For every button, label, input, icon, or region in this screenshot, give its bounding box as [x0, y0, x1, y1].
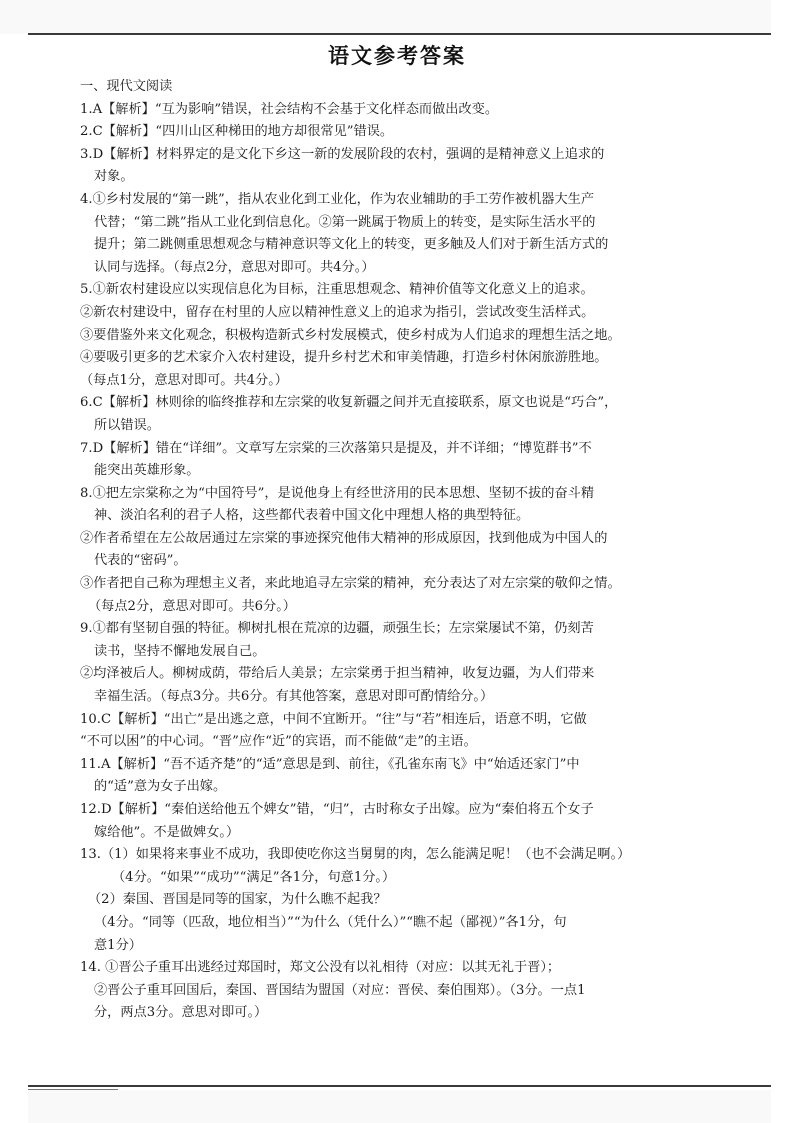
answer-line-q13d: （4分。“同等（匹敌，地位相当）”“为什么（凭什么）”“瞧不起（鄙视）”各1分，… — [80, 912, 730, 935]
answer-line-q9b: 读书，坚持不懈地发展自己。 — [80, 641, 730, 664]
answer-line-q7b: 能突出英雄形象。 — [80, 460, 730, 483]
answer-line-q10a: 10.C【解析】“出亡”是出逃之意，中间不宜断开。“往”与“若”相连后，语意不明… — [80, 709, 730, 732]
answer-lines: 1.A【解析】“互为影响”错误，社会结构不会基于文化样态而做出改变。2.C【解析… — [80, 99, 730, 1025]
answer-line-q5a: 5.①新农村建设应以实现信息化为目标，注重思想观念、精神价值等文化意义上的追求。 — [80, 279, 730, 302]
section-heading: 一、现代文阅读 — [80, 76, 730, 99]
answer-line-q11b: 的“适”意为女子出嫁。 — [80, 776, 730, 799]
answer-line-q8c: ②作者希望在左公故居通过左宗棠的事迹探究他伟大精神的形成原因，找到他成为中国人的 — [80, 528, 730, 551]
answer-line-q6b: 所以错误。 — [80, 415, 730, 438]
answer-line-q13c: （2）秦国、晋国是同等的国家，为什么瞧不起我？ — [80, 889, 730, 912]
answer-line-q12b: 嫁给他”。不是做婢女。） — [80, 822, 730, 845]
answer-line-q4c: 提升；第二跳侧重思想观念与精神意识等文化上的转变，更多触及人们对于新生活方式的 — [80, 234, 730, 257]
answer-line-q14c: 分，两点3分。意思对即可。） — [80, 1002, 730, 1025]
answer-line-q2: 2.C【解析】“四川山区种梯田的地方却很常见”错误。 — [80, 121, 730, 144]
bottom-rule-divider — [28, 1085, 771, 1087]
answer-line-q8b: 神、淡泊名利的君子人格，这些都代表着中国文化中理想人格的典型特征。 — [80, 505, 730, 528]
answer-line-q11a: 11.A【解析】“吾不适齐楚”的“适”意思是到、前往，《孔雀东南飞》中“始适还家… — [80, 754, 730, 777]
answer-line-q9a: 9.①都有坚韧自强的特征。柳树扎根在荒凉的边疆，顽强生长；左宗棠屡试不第，仍刻苦 — [80, 618, 730, 641]
answer-line-q8f: （每点2分，意思对即可。共6分。） — [80, 596, 730, 619]
answer-line-q1: 1.A【解析】“互为影响”错误，社会结构不会基于文化样态而做出改变。 — [80, 99, 730, 122]
answer-line-q3b: 对象。 — [80, 166, 730, 189]
answer-line-q13b: （4分。“如果”“成功”“满足”各1分，句意1分。） — [80, 867, 730, 890]
answer-line-q5d: ④要吸引更多的艺术家介入农村建设，提升乡村艺术和审美情趣，打造乡村休闲旅游胜地。 — [80, 347, 730, 370]
answer-line-q6a: 6.C【解析】林则徐的临终推荐和左宗棠的收复新疆之间并无直接联系，原文也说是“巧… — [80, 392, 730, 415]
answer-line-q5e: （每点1分，意思对即可。共4分。） — [80, 370, 730, 393]
answer-line-q14b: ②晋公子重耳回国后，秦国、晋国结为盟国（对应：晋侯、秦伯围郑）。（3分。一点1 — [80, 980, 730, 1003]
answer-line-q4a: 4.①乡村发展的“第一跳”，指从农业化到工业化，作为农业辅助的手工劳作被机器大生… — [80, 189, 730, 212]
top-rule-divider — [28, 33, 771, 35]
answer-line-q13a: 13.（1）如果将来事业不成功，我即使吃你这当舅舅的肉，怎么能满足呢！（也不会满… — [80, 844, 730, 867]
answer-key-body: 一、现代文阅读 1.A【解析】“互为影响”错误，社会结构不会基于文化样态而做出改… — [80, 76, 730, 1025]
page-top-margin — [0, 0, 771, 34]
answer-line-q7a: 7.D【解析】错在“详细”。文章写左宗棠的三次落第只是提及，并不详细；“博览群书… — [80, 438, 730, 461]
answer-line-q8d: 代表的“密码”。 — [80, 550, 730, 573]
answer-line-q12a: 12.D【解析】“秦伯送给他五个婢女”错，“归”，古时称女子出嫁。应为“秦伯将五… — [80, 799, 730, 822]
page-bottom-margin — [28, 1090, 771, 1123]
answer-line-q8a: 8.①把左宗棠称之为“中国符号”，是说他身上有经世济用的民本思想、坚韧不拔的奋斗… — [80, 483, 730, 506]
answer-line-q13e: 意1分） — [80, 935, 730, 958]
answer-line-q4b: 代替；“第二跳”指从工业化到信息化。②第一跳属于物质上的转变，是实际生活水平的 — [80, 212, 730, 235]
answer-line-q10b: “不可以困”的中心词。“晋”应作“近”的宾语，而不能做“走”的主语。 — [80, 731, 730, 754]
page-title: 语文参考答案 — [0, 40, 794, 70]
answer-line-q4d: 认同与选择。（每点2分，意思对即可。共4分。） — [80, 257, 730, 280]
answer-line-q3a: 3.D【解析】材料界定的是文化下乡这一新的发展阶段的农村，强调的是精神意义上追求… — [80, 144, 730, 167]
answer-line-q9c: ②均泽被后人。柳树成荫，带给后人美景；左宗棠勇于担当精神，收复边疆，为人们带来 — [80, 663, 730, 686]
answer-line-q9d: 幸福生活。（每点3分。共6分。有其他答案，意思对即可酌情给分。） — [80, 686, 730, 709]
answer-line-q8e: ③作者把自己称为理想主义者，来此地追寻左宗棠的精神，充分表达了对左宗棠的敬仰之情… — [80, 573, 730, 596]
answer-line-q5c: ③要借鉴外来文化观念，积极构造新式乡村发展模式，使乡村成为人们追求的理想生活之地… — [80, 325, 730, 348]
answer-line-q5b: ②新农村建设中，留存在村里的人应以精神性意义上的追求为指引，尝试改变生活样式。 — [80, 302, 730, 325]
answer-line-q14a: 14. ①晋公子重耳出逃经过郑国时，郑文公没有以礼相待（对应：以其无礼于晋）； — [80, 957, 730, 980]
